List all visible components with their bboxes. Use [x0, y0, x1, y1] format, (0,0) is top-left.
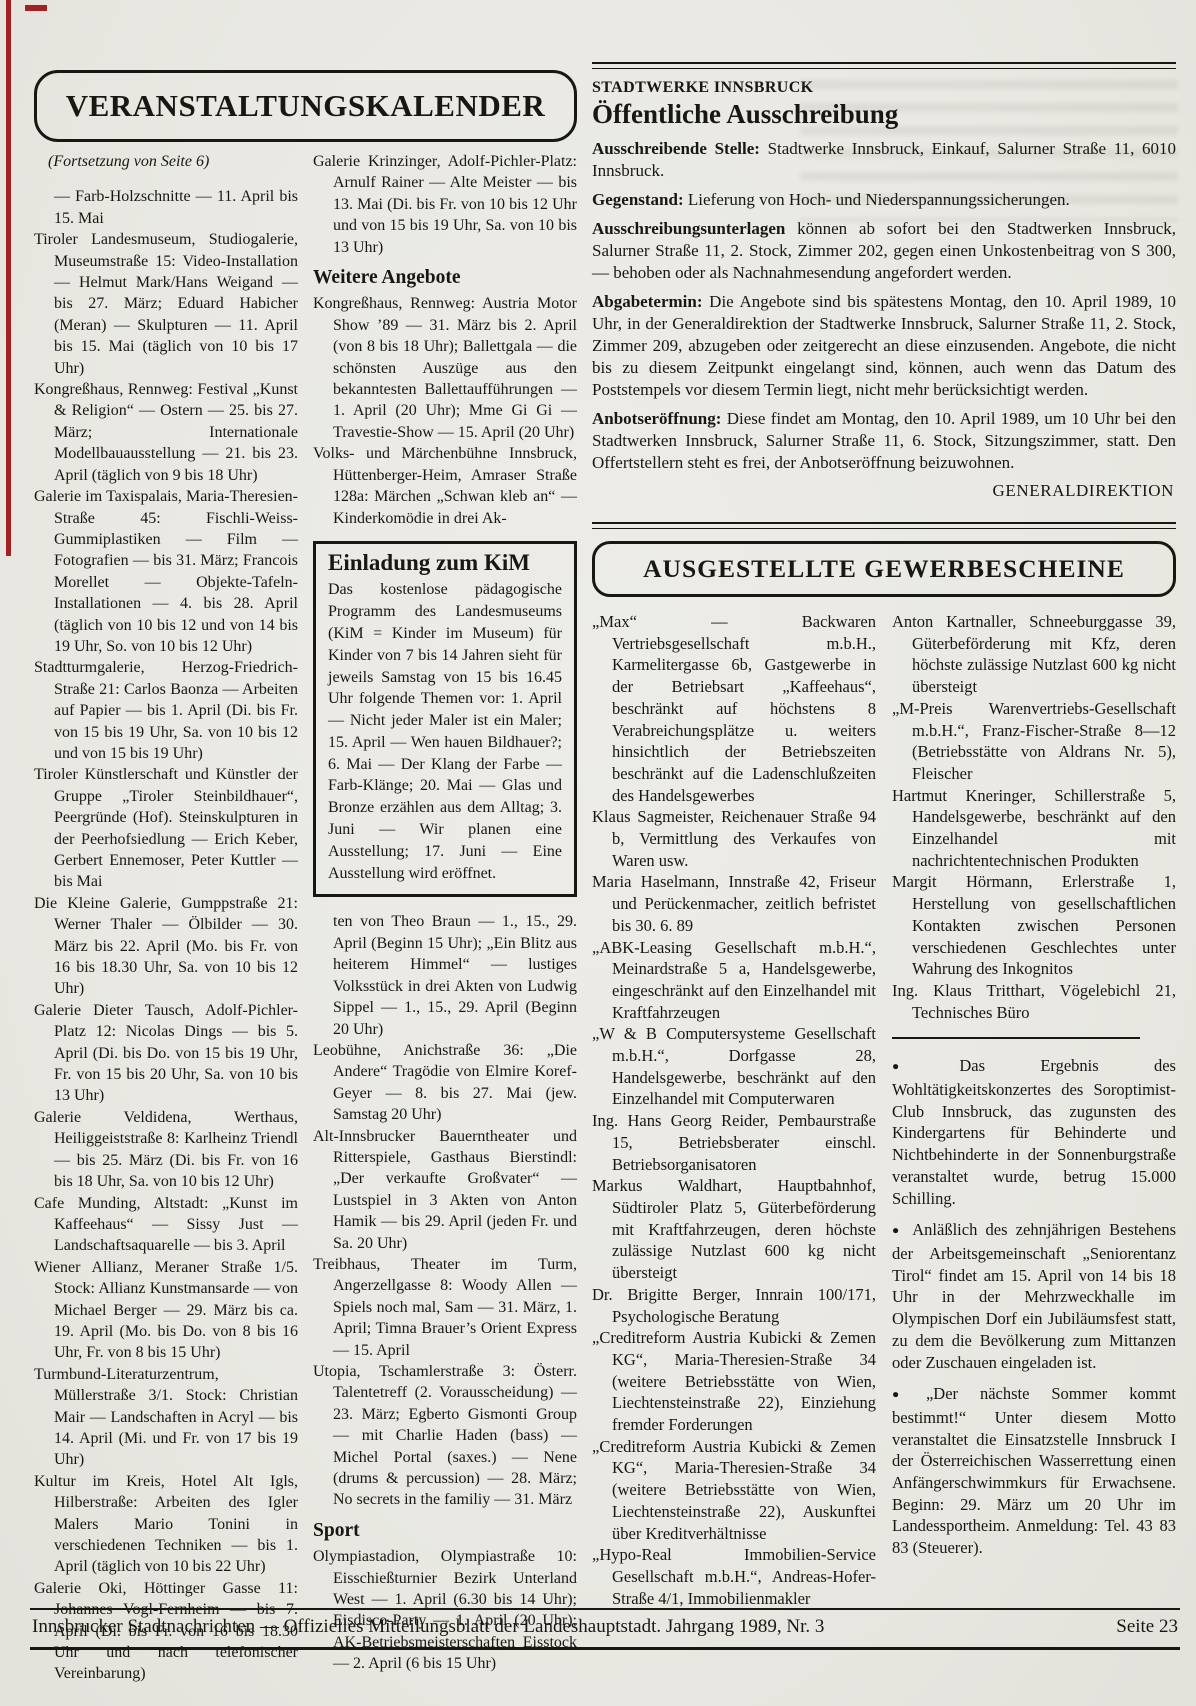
- calendar-entry: Leobühne, Anichstraße 36: „Die Andere“ T…: [313, 1040, 577, 1126]
- paragraph-label: Anbotseröffnung:: [592, 409, 721, 428]
- gewerbeschein-entry-text: Maria Haselmann, Innstraße 42, Friseur u…: [592, 872, 876, 934]
- gewerbeschein-entry: Hartmut Kneringer, Schillerstraße 5, Han…: [892, 785, 1176, 872]
- calendar-entry: Cafe Munding, Altstadt: „Kunst im Kaffee…: [34, 1193, 298, 1257]
- calendar-entry-text: Die Kleine Galerie, Gumppstraße 21: Wern…: [34, 895, 298, 998]
- calendar-entry: Tiroler Künstlerschaft und Künstler der …: [34, 764, 298, 892]
- calendar-entry-text: Tiroler Künstlerschaft und Künstler der …: [34, 766, 298, 890]
- calendar-entry-text: Treibhaus, Theater im Turm, Angerzellgas…: [313, 1256, 577, 1359]
- calendar-entry: Turmbund-Literaturzentrum, Müllerstraße …: [34, 1364, 298, 1471]
- calendar-entry-text: Kongreßhaus, Rennweg: Austria Motor Show…: [313, 295, 577, 440]
- calendar-entry-text: Volks- und Märchenbühne Innsbruck, Hütte…: [313, 445, 577, 526]
- calendar-entry-text: — Farb-Holzschnitte — 11. April bis 15. …: [54, 188, 298, 226]
- calendar-entry: Tiroler Landesmuseum, Studiogalerie, Mus…: [34, 229, 298, 379]
- ausschreibung-signoff: GENERALDIREKTION: [594, 481, 1174, 501]
- calendar-entry: Wiener Allianz, Meraner Straße 1/5. Stoc…: [34, 1257, 298, 1364]
- paragraph-label: Ausschreibende Stelle:: [592, 139, 760, 158]
- ausschreibung-kicker: STADTWERKE INNSBRUCK: [592, 79, 1176, 97]
- gewerbeschein-entry-text: „Max“ — Backwaren Vertriebsgesellschaft …: [592, 612, 876, 805]
- calendar-entry: Kongreßhaus, Rennweg: Festival „Kunst & …: [34, 379, 298, 486]
- calendar-entry-text: Wiener Allianz, Meraner Straße 1/5. Stoc…: [34, 1259, 298, 1362]
- calendar-entry-text: Kultur im Kreis, Hotel Alt Igls, Hilbers…: [34, 1473, 298, 1576]
- gewerbeschein-entry: Margit Hörmann, Erlerstraße 1, Herstellu…: [892, 871, 1176, 980]
- calendar-entry: Kongreßhaus, Rennweg: Austria Motor Show…: [313, 293, 577, 443]
- calendar-column-2-upper: Galerie Krinzinger, Adolf-Pichler-Platz:…: [313, 151, 577, 529]
- calendar-entry-text: (Fortsetzung von Seite 6): [48, 153, 209, 170]
- kim-box-body: Das kostenlose pädagogische Programm des…: [328, 579, 562, 884]
- calendar-entry-text: Utopia, Tschamlerstraße 3: Österr. Talen…: [313, 1363, 577, 1508]
- calendar-entry: Galerie Krinzinger, Adolf-Pichler-Platz:…: [313, 151, 577, 258]
- gewerbeschein-entry: „Max“ — Backwaren Vertriebsgesellschaft …: [592, 611, 876, 806]
- calendar-entry-text: Stadtturmgalerie, Herzog-Friedrich-Straß…: [34, 659, 298, 762]
- gewerbeschein-entry: „W & B Computersysteme Gesellschaft m.b.…: [592, 1023, 876, 1110]
- ausschreibung-paragraph: Anbotseröffnung: Diese findet am Montag,…: [592, 408, 1176, 474]
- veranstaltungskalender-title-box: VERANSTALTUNGSKALENDER: [34, 70, 577, 142]
- footer-page-number: Seite 23: [1116, 1616, 1178, 1638]
- scan-red-edge-mark: [6, 0, 11, 556]
- ausschreibung-paragraph: Abgabetermin: Die Angebote sind bis spät…: [592, 291, 1176, 401]
- calendar-entry: Alt-Innsbrucker Bauerntheater und Ritter…: [313, 1126, 577, 1254]
- calendar-entry: Galerie Dieter Tausch, Adolf-Pichler-Pla…: [34, 1000, 298, 1107]
- gewerbeschein-entry: Dr. Brigitte Berger, Innrain 100/171, Ps…: [592, 1284, 876, 1327]
- paragraph-label: Ausschreibungsunterlagen: [592, 219, 785, 238]
- gewerbeschein-entry: Markus Waldhart, Hauptbahnhof, Südtirole…: [592, 1175, 876, 1284]
- gewerbeschein-entry: Ing. Klaus Tritthart, Vögelebichl 21, Te…: [892, 980, 1176, 1023]
- gewerbeschein-entry-text: Das Ergebnis des Wohltätigkeitskonzertes…: [892, 1056, 1176, 1207]
- gewerbeschein-entry-text: „Der nächste Sommer kommt bestimmt!“ Unt…: [892, 1384, 1176, 1557]
- gewerbeschein-entry: „Creditreform Austria Kubicki & Zemen KG…: [592, 1327, 876, 1436]
- calendar-entry-text: Sport: [313, 1520, 360, 1541]
- ausschreibung-paragraphs: Ausschreibende Stelle: Stadtwerke Innsbr…: [592, 138, 1176, 474]
- gewerbeschein-entry-text: Dr. Brigitte Berger, Innrain 100/171, Ps…: [592, 1285, 876, 1326]
- calendar-column-2: Galerie Krinzinger, Adolf-Pichler-Platz:…: [313, 151, 577, 1685]
- gewerbescheine-title: AUSGESTELLTE GEWERBESCHEINE: [643, 554, 1125, 584]
- calendar-entry: (Fortsetzung von Seite 6): [34, 151, 298, 172]
- gewerbeschein-entry: Anton Kartnaller, Schneeburggasse 39, Gü…: [892, 611, 1176, 698]
- gewerbescheine-section: AUSGESTELLTE GEWERBESCHEINE „Max“ — Back…: [592, 522, 1176, 1609]
- gewerbeschein-entry: „ABK-Leasing Gesellschaft m.b.H.“, Meina…: [592, 937, 876, 1024]
- gewerbeschein-entry-text: „M-Preis Warenvertriebs-Gesellschaft m.b…: [892, 699, 1176, 783]
- gewerbeschein-entry-text: Markus Waldhart, Hauptbahnhof, Südtirole…: [592, 1176, 876, 1282]
- gewerbeschein-entry: [892, 1037, 1140, 1039]
- gewerbescheine-columns: „Max“ — Backwaren Vertriebsgesellschaft …: [592, 611, 1176, 1609]
- footer-masthead: Innsbrucker Stadtnachrichten — Offiziell…: [32, 1616, 824, 1638]
- calendar-entry-text: Cafe Munding, Altstadt: „Kunst im Kaffee…: [34, 1195, 298, 1255]
- gewerbeschein-entry-text: „ABK-Leasing Gesellschaft m.b.H.“, Meina…: [592, 938, 876, 1022]
- gewerbeschein-entry: Anläßlich des zehnjährigen Bestehens der…: [892, 1219, 1176, 1373]
- gewerbeschein-entry-text: „Creditreform Austria Kubicki & Zemen KG…: [592, 1437, 876, 1543]
- calendar-entry: — Farb-Holzschnitte — 11. April bis 15. …: [34, 186, 298, 229]
- calendar-entry: Volks- und Märchenbühne Innsbruck, Hütte…: [313, 443, 577, 529]
- calendar-entry-text: Galerie Krinzinger, Adolf-Pichler-Platz:…: [313, 153, 577, 256]
- gewerbeschein-entry-text: „Hypo-Real Immobilien-Service Gesellscha…: [592, 1545, 876, 1607]
- gewerbeschein-entry: Maria Haselmann, Innstraße 42, Friseur u…: [592, 871, 876, 936]
- gewerbeschein-entry-text: Margit Hörmann, Erlerstraße 1, Herstellu…: [892, 872, 1176, 978]
- calendar-entry: Die Kleine Galerie, Gumppstraße 21: Wern…: [34, 893, 298, 1000]
- gewerbescheine-column-1: „Max“ — Backwaren Vertriebsgesellschaft …: [592, 611, 876, 1609]
- calendar-entry: Weitere Angebote: [313, 267, 577, 288]
- kim-box-title: Einladung zum KiM: [328, 552, 562, 573]
- scan-red-tick-mark: [25, 5, 47, 11]
- calendar-column-2-lower: ten von Theo Braun — 1., 15., 29. April …: [313, 911, 577, 1674]
- calendar-entry: Galerie im Taxispalais, Maria-Theresien-…: [34, 486, 298, 657]
- calendar-columns: (Fortsetzung von Seite 6) — Farb-Holzsch…: [34, 151, 577, 1685]
- gewerbeschein-entry: Das Ergebnis des Wohltätigkeitskonzertes…: [892, 1055, 1176, 1209]
- gewerbeschein-entry-text: Klaus Sagmeister, Reichenauer Straße 94 …: [592, 807, 876, 869]
- kim-invitation-box: Einladung zum KiM Das kostenlose pädagog…: [313, 541, 577, 898]
- gewerbeschein-entry-text: „W & B Computersysteme Gesellschaft m.b.…: [592, 1024, 876, 1108]
- ausschreibung-title: Öffentliche Ausschreibung: [592, 99, 1176, 130]
- calendar-entry: Utopia, Tschamlerstraße 3: Österr. Talen…: [313, 1361, 577, 1511]
- gewerbeschein-entry-text: Ing. Hans Georg Reider, Pembaurstraße 15…: [592, 1111, 876, 1173]
- ausschreibung-section: STADTWERKE INNSBRUCK Öffentliche Ausschr…: [592, 62, 1176, 501]
- gewerbeschein-entry: „Hypo-Real Immobilien-Service Gesellscha…: [592, 1544, 876, 1609]
- calendar-entry-text: Galerie Dieter Tausch, Adolf-Pichler-Pla…: [34, 1002, 298, 1105]
- gewerbescheine-title-box: AUSGESTELLTE GEWERBESCHEINE: [592, 541, 1176, 597]
- calendar-entry: Galerie Veldidena, Werthaus, Heiliggeist…: [34, 1107, 298, 1193]
- calendar-entry: Kultur im Kreis, Hotel Alt Igls, Hilbers…: [34, 1471, 298, 1578]
- ausschreibung-paragraph: Gegenstand: Lieferung von Hoch- und Nied…: [592, 189, 1176, 211]
- gewerbeschein-entry: „M-Preis Warenvertriebs-Gesellschaft m.b…: [892, 698, 1176, 785]
- gewerbeschein-entry: „Creditreform Austria Kubicki & Zemen KG…: [592, 1436, 876, 1545]
- calendar-entry-text: Tiroler Landesmuseum, Studiogalerie, Mus…: [34, 231, 298, 376]
- paragraph-text: Lieferung von Hoch- und Niederspannungss…: [684, 190, 1070, 209]
- gewerbeschein-entry-text: Hartmut Kneringer, Schillerstraße 5, Han…: [892, 786, 1176, 870]
- double-rule-top: [592, 62, 1176, 69]
- double-rule-middle: [592, 522, 1176, 529]
- gewerbeschein-entry-text: Anton Kartnaller, Schneeburggasse 39, Gü…: [892, 612, 1176, 696]
- gewerbescheine-column-2: Anton Kartnaller, Schneeburggasse 39, Gü…: [892, 611, 1176, 1609]
- calendar-entry-text: Leobühne, Anichstraße 36: „Die Andere“ T…: [313, 1042, 577, 1123]
- paragraph-label: Gegenstand:: [592, 190, 684, 209]
- paragraph-label: Abgabetermin:: [592, 292, 702, 311]
- calendar-entry: ten von Theo Braun — 1., 15., 29. April …: [313, 911, 577, 1039]
- calendar-entry-text: Kongreßhaus, Rennweg: Festival „Kunst & …: [34, 381, 298, 484]
- calendar-entry-text: Alt-Innsbrucker Bauerntheater und Ritter…: [313, 1128, 577, 1252]
- page-footer: Innsbrucker Stadtnachrichten — Offiziell…: [30, 1608, 1180, 1650]
- calendar-entry: Stadtturmgalerie, Herzog-Friedrich-Straß…: [34, 657, 298, 764]
- calendar-entry: Sport: [313, 1520, 577, 1541]
- gewerbeschein-entry-text: „Creditreform Austria Kubicki & Zemen KG…: [592, 1328, 876, 1434]
- calendar-entry-text: Galerie Veldidena, Werthaus, Heiliggeist…: [34, 1109, 298, 1190]
- ausschreibung-paragraph: Ausschreibungsunterlagen können ab sofor…: [592, 218, 1176, 284]
- gewerbeschein-entry-text: Ing. Klaus Tritthart, Vögelebichl 21, Te…: [892, 981, 1176, 1022]
- gewerbeschein-entry: Klaus Sagmeister, Reichenauer Straße 94 …: [592, 806, 876, 871]
- calendar-entry-text: ten von Theo Braun — 1., 15., 29. April …: [333, 913, 577, 1037]
- newspaper-page: VERANSTALTUNGSKALENDER (Fortsetzung von …: [0, 0, 1196, 1706]
- gewerbeschein-entry: Ing. Hans Georg Reider, Pembaurstraße 15…: [592, 1110, 876, 1175]
- calendar-entry-text: Weitere Angebote: [313, 267, 460, 288]
- calendar-entry-text: Galerie im Taxispalais, Maria-Theresien-…: [34, 488, 298, 655]
- calendar-column-1: (Fortsetzung von Seite 6) — Farb-Holzsch…: [34, 151, 298, 1685]
- gewerbeschein-entry: „Der nächste Sommer kommt bestimmt!“ Unt…: [892, 1383, 1176, 1559]
- calendar-entry-text: Turmbund-Literaturzentrum, Müllerstraße …: [34, 1366, 298, 1469]
- veranstaltungskalender-section: VERANSTALTUNGSKALENDER (Fortsetzung von …: [34, 70, 577, 1685]
- veranstaltungskalender-title: VERANSTALTUNGSKALENDER: [66, 88, 546, 124]
- gewerbeschein-entry-text: Anläßlich des zehnjährigen Bestehens der…: [892, 1220, 1176, 1371]
- ausschreibung-paragraph: Ausschreibende Stelle: Stadtwerke Innsbr…: [592, 138, 1176, 182]
- calendar-entry: Treibhaus, Theater im Turm, Angerzellgas…: [313, 1254, 577, 1361]
